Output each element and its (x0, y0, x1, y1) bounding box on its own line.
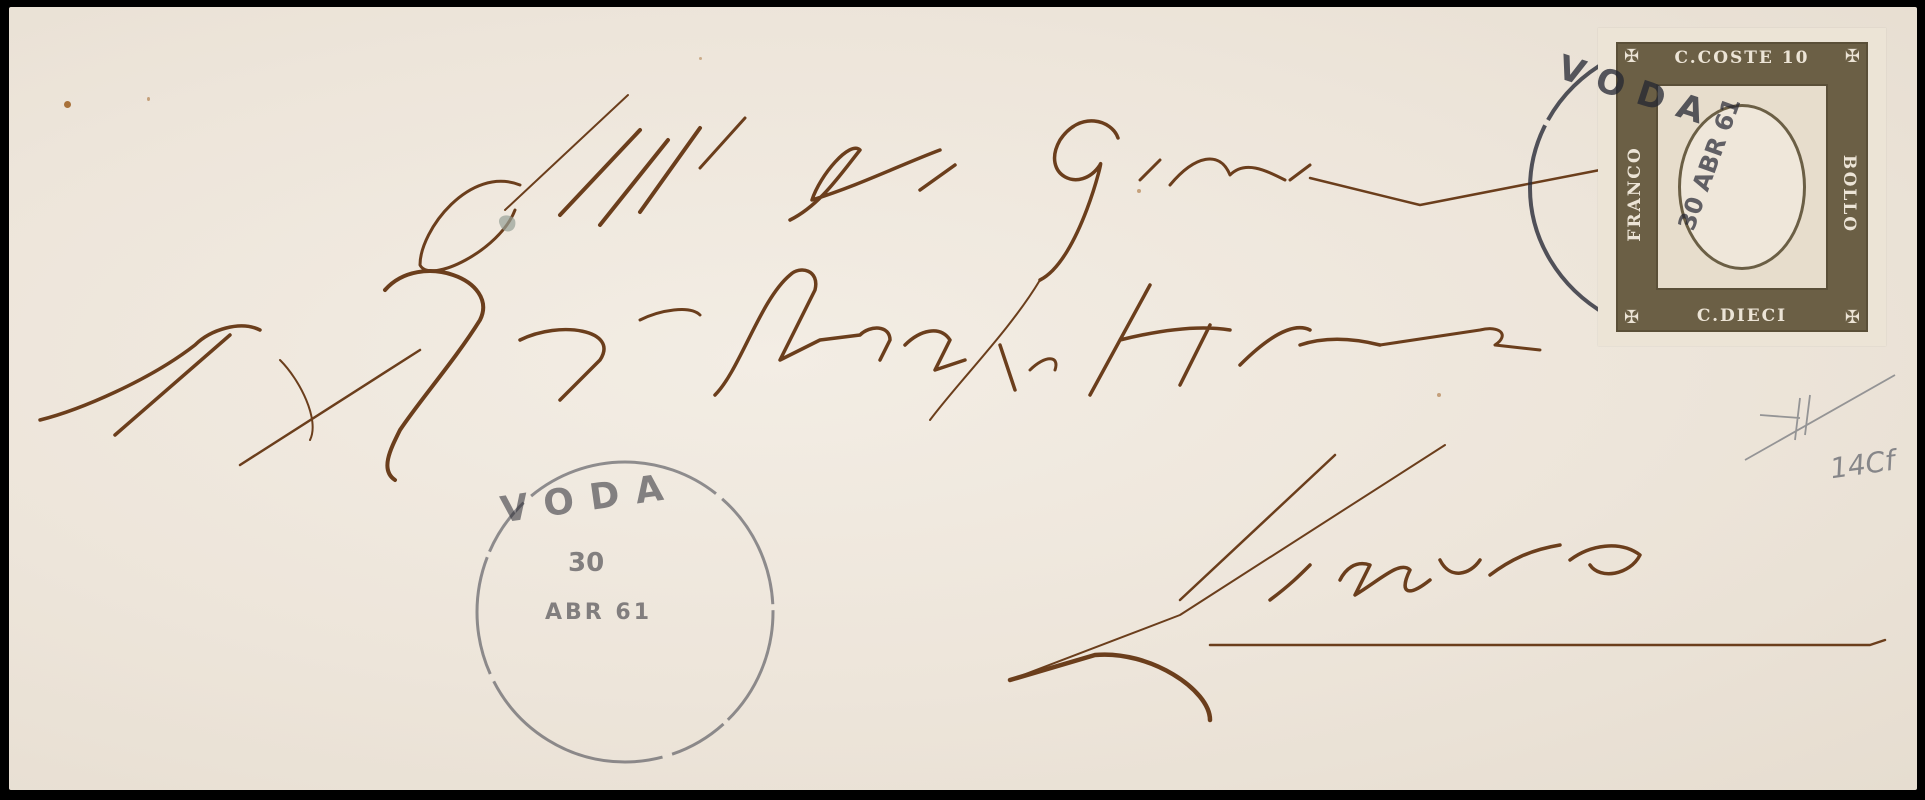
corner-ornament-icon: ✠ (1845, 307, 1860, 328)
corner-ornament-icon: ✠ (1624, 307, 1639, 328)
corner-ornament-icon: ✠ (1624, 46, 1639, 67)
corner-ornament-icon: ✠ (1845, 46, 1860, 67)
postmark-day: 30 (568, 548, 604, 578)
postmark-month-year: ABR 61 (545, 600, 652, 625)
stamp-right-text: BOLLO (1839, 89, 1859, 299)
stamp-top-text: C.COSTE 10 (1618, 48, 1866, 68)
stamp-bottom-text: C.DIECI (1618, 306, 1866, 326)
stamp-left-text: FRANCO (1625, 89, 1645, 299)
